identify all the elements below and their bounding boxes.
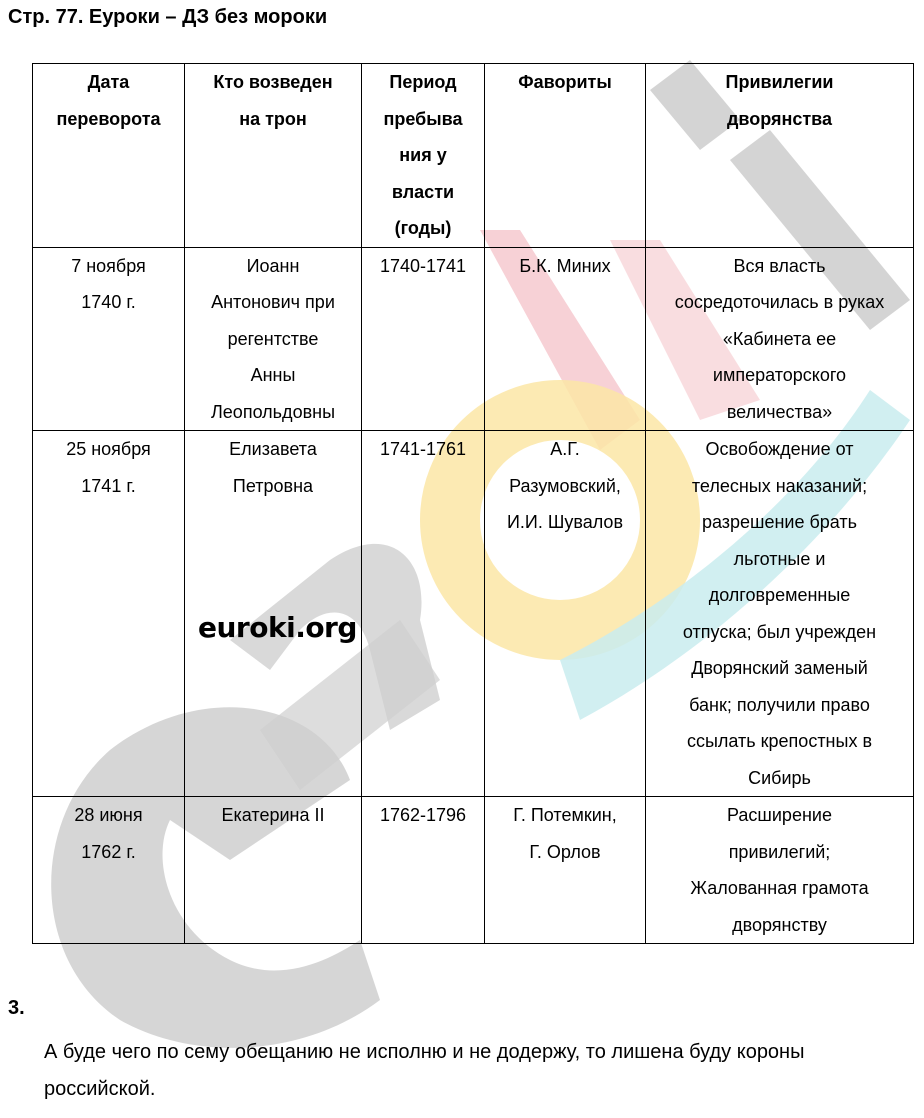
- cell-privileges: Вся властьсосредоточилась в руках«Кабине…: [646, 247, 914, 431]
- cell-text-line: сосредоточилась в руках: [650, 284, 909, 321]
- cell-text-line: телесных наказаний;: [650, 468, 909, 505]
- cell-period: 1741-1761: [362, 431, 485, 797]
- cell-text-line: Сибирь: [650, 760, 909, 797]
- cell-text-line: 28 июня: [37, 797, 180, 834]
- cell-text-line: 1741-1761: [366, 431, 480, 468]
- cell-ruler: ИоаннАнтонович прирегентствеАнныЛеопольд…: [185, 247, 362, 431]
- cell-text-line: «Кабинета ее: [650, 321, 909, 358]
- column-header-period: Периодпребывания увласти(годы): [362, 64, 485, 248]
- table-row: 25 ноября1741 г. ЕлизаветаПетровна 1741-…: [33, 431, 914, 797]
- table-row: 28 июня1762 г. Екатерина II 1762-1796 Г.…: [33, 797, 914, 944]
- column-header-ruler: Кто возведенна трон: [185, 64, 362, 248]
- cell-privileges: Освобождение оттелесных наказаний;разреш…: [646, 431, 914, 797]
- cell-period: 1740-1741: [362, 247, 485, 431]
- cell-text-line: Г. Орлов: [489, 834, 641, 871]
- cell-text-line: Г. Потемкин,: [489, 797, 641, 834]
- cell-text-line: переворота: [37, 101, 180, 138]
- cell-text-line: Период: [366, 64, 480, 101]
- cell-favorites: А.Г.Разумовский,И.И. Шувалов: [485, 431, 646, 797]
- cell-text-line: дворянства: [650, 101, 909, 138]
- cell-text-line: разрешение брать: [650, 504, 909, 541]
- cell-text-line: власти: [366, 174, 480, 211]
- cell-date: 28 июня1762 г.: [33, 797, 185, 944]
- cell-text-line: величества»: [650, 394, 909, 431]
- cell-privileges: Расширениепривилегий;Жалованная грамотад…: [646, 797, 914, 944]
- cell-text-line: дворянству: [650, 907, 909, 944]
- cell-text-line: Освобождение от: [650, 431, 909, 468]
- cell-text-line: 1762 г.: [37, 834, 180, 871]
- cell-text-line: 1740 г.: [37, 284, 180, 321]
- cell-text-line: Фавориты: [489, 64, 641, 101]
- cell-text-line: Елизавета: [189, 431, 357, 468]
- cell-text-line: императорского: [650, 357, 909, 394]
- cell-text-line: банк; получили право: [650, 687, 909, 724]
- table-row: 7 ноября1740 г. ИоаннАнтонович прирегент…: [33, 247, 914, 431]
- cell-text-line: Вся власть: [650, 248, 909, 285]
- cell-text-line: Расширение: [650, 797, 909, 834]
- cell-text-line: Привилегии: [650, 64, 909, 101]
- task-number: 3.: [8, 997, 25, 1020]
- cell-text-line: (годы): [366, 210, 480, 247]
- cell-text-line: привилегий;: [650, 834, 909, 871]
- cell-ruler: Екатерина II: [185, 797, 362, 944]
- cell-date: 25 ноября1741 г.: [33, 431, 185, 797]
- cell-text-line: на трон: [189, 101, 357, 138]
- column-header-privileges: Привилегиидворянства: [646, 64, 914, 248]
- cell-text-line: Антонович при: [189, 284, 357, 321]
- cell-favorites: Г. Потемкин,Г. Орлов: [485, 797, 646, 944]
- cell-text-line: пребыва: [366, 101, 480, 138]
- cell-text-line: 25 ноября: [37, 431, 180, 468]
- cell-text-line: Б.К. Миних: [489, 248, 641, 285]
- cell-text-line: Жалованная грамота: [650, 870, 909, 907]
- cell-text-line: Петровна: [189, 468, 357, 505]
- table-header-row: Датапереворота Кто возведенна трон Перио…: [33, 64, 914, 248]
- cell-favorites: Б.К. Миних: [485, 247, 646, 431]
- cell-text-line: 1762-1796: [366, 797, 480, 834]
- cell-text-line: Дата: [37, 64, 180, 101]
- column-header-date: Датапереворота: [33, 64, 185, 248]
- cell-text-line: долговременные: [650, 577, 909, 614]
- cell-period: 1762-1796: [362, 797, 485, 944]
- cell-text-line: Кто возведен: [189, 64, 357, 101]
- cell-text-line: А.Г.: [489, 431, 641, 468]
- cell-text-line: Дворянский заменый: [650, 650, 909, 687]
- cell-text-line: И.И. Шувалов: [489, 504, 641, 541]
- page-title: Стр. 77. Еуроки – ДЗ без мороки: [8, 6, 327, 29]
- cell-text-line: Разумовский,: [489, 468, 641, 505]
- watermark-site-label: euroki.org: [198, 611, 357, 644]
- cell-text-line: льготные и: [650, 541, 909, 578]
- cell-text-line: 7 ноября: [37, 248, 180, 285]
- cell-text-line: ния у: [366, 137, 480, 174]
- coups-table: Датапереворота Кто возведенна трон Перио…: [32, 63, 914, 944]
- cell-text-line: ссылать крепостных в: [650, 723, 909, 760]
- cell-text-line: Леопольдовны: [189, 394, 357, 431]
- cell-text-line: Екатерина II: [189, 797, 357, 834]
- cell-date: 7 ноября1740 г.: [33, 247, 185, 431]
- cell-text-line: Иоанн: [189, 248, 357, 285]
- cell-text-line: Анны: [189, 357, 357, 394]
- task-answer: А буде чего по сему обещанию не исполню …: [44, 1034, 904, 1108]
- cell-text-line: регентстве: [189, 321, 357, 358]
- column-header-favorites: Фавориты: [485, 64, 646, 248]
- cell-text-line: 1740-1741: [366, 248, 480, 285]
- cell-text-line: 1741 г.: [37, 468, 180, 505]
- cell-text-line: отпуска; был учрежден: [650, 614, 909, 651]
